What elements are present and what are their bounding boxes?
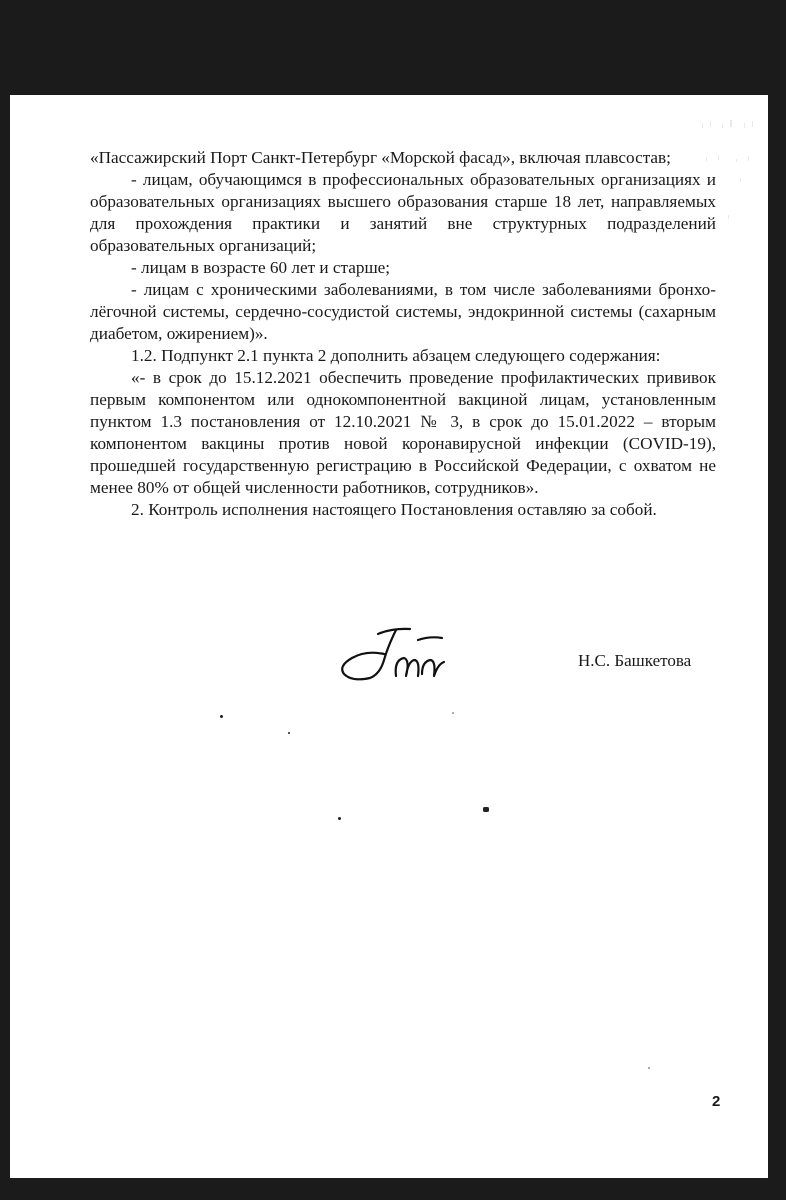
scan-speck — [220, 715, 223, 718]
document-page: «Пассажирский Порт Санкт-Петербург «Морс… — [10, 95, 768, 1178]
scan-speck — [288, 732, 290, 734]
scan-speck — [452, 712, 454, 714]
handwritten-signature-icon — [330, 620, 470, 690]
paragraph-chronic-diseases: - лицам с хроническими заболеваниями, в … — [90, 279, 716, 345]
signer-name: Н.С. Башкетова — [578, 651, 691, 671]
document-body: «Пассажирский Порт Санкт-Петербург «Морс… — [90, 147, 716, 521]
paragraph-clause-1-2-content: «- в срок до 15.12.2021 обеспечить прове… — [90, 367, 716, 499]
scan-speck — [648, 1067, 650, 1069]
paragraph-students: - лицам, обучающимся в профессиональных … — [90, 169, 716, 257]
paragraph-elderly: - лицам в возрасте 60 лет и старше; — [90, 257, 716, 279]
page-number: 2 — [712, 1093, 720, 1110]
paragraph-clause-1-2: 1.2. Подпункт 2.1 пункта 2 дополнить абз… — [90, 345, 716, 367]
paragraph-clause-2: 2. Контроль исполнения настоящего Постан… — [90, 499, 716, 521]
paragraph-org-continuation: «Пассажирский Порт Санкт-Петербург «Морс… — [90, 147, 716, 169]
scan-speck — [483, 807, 489, 812]
scan-speck — [338, 817, 341, 820]
